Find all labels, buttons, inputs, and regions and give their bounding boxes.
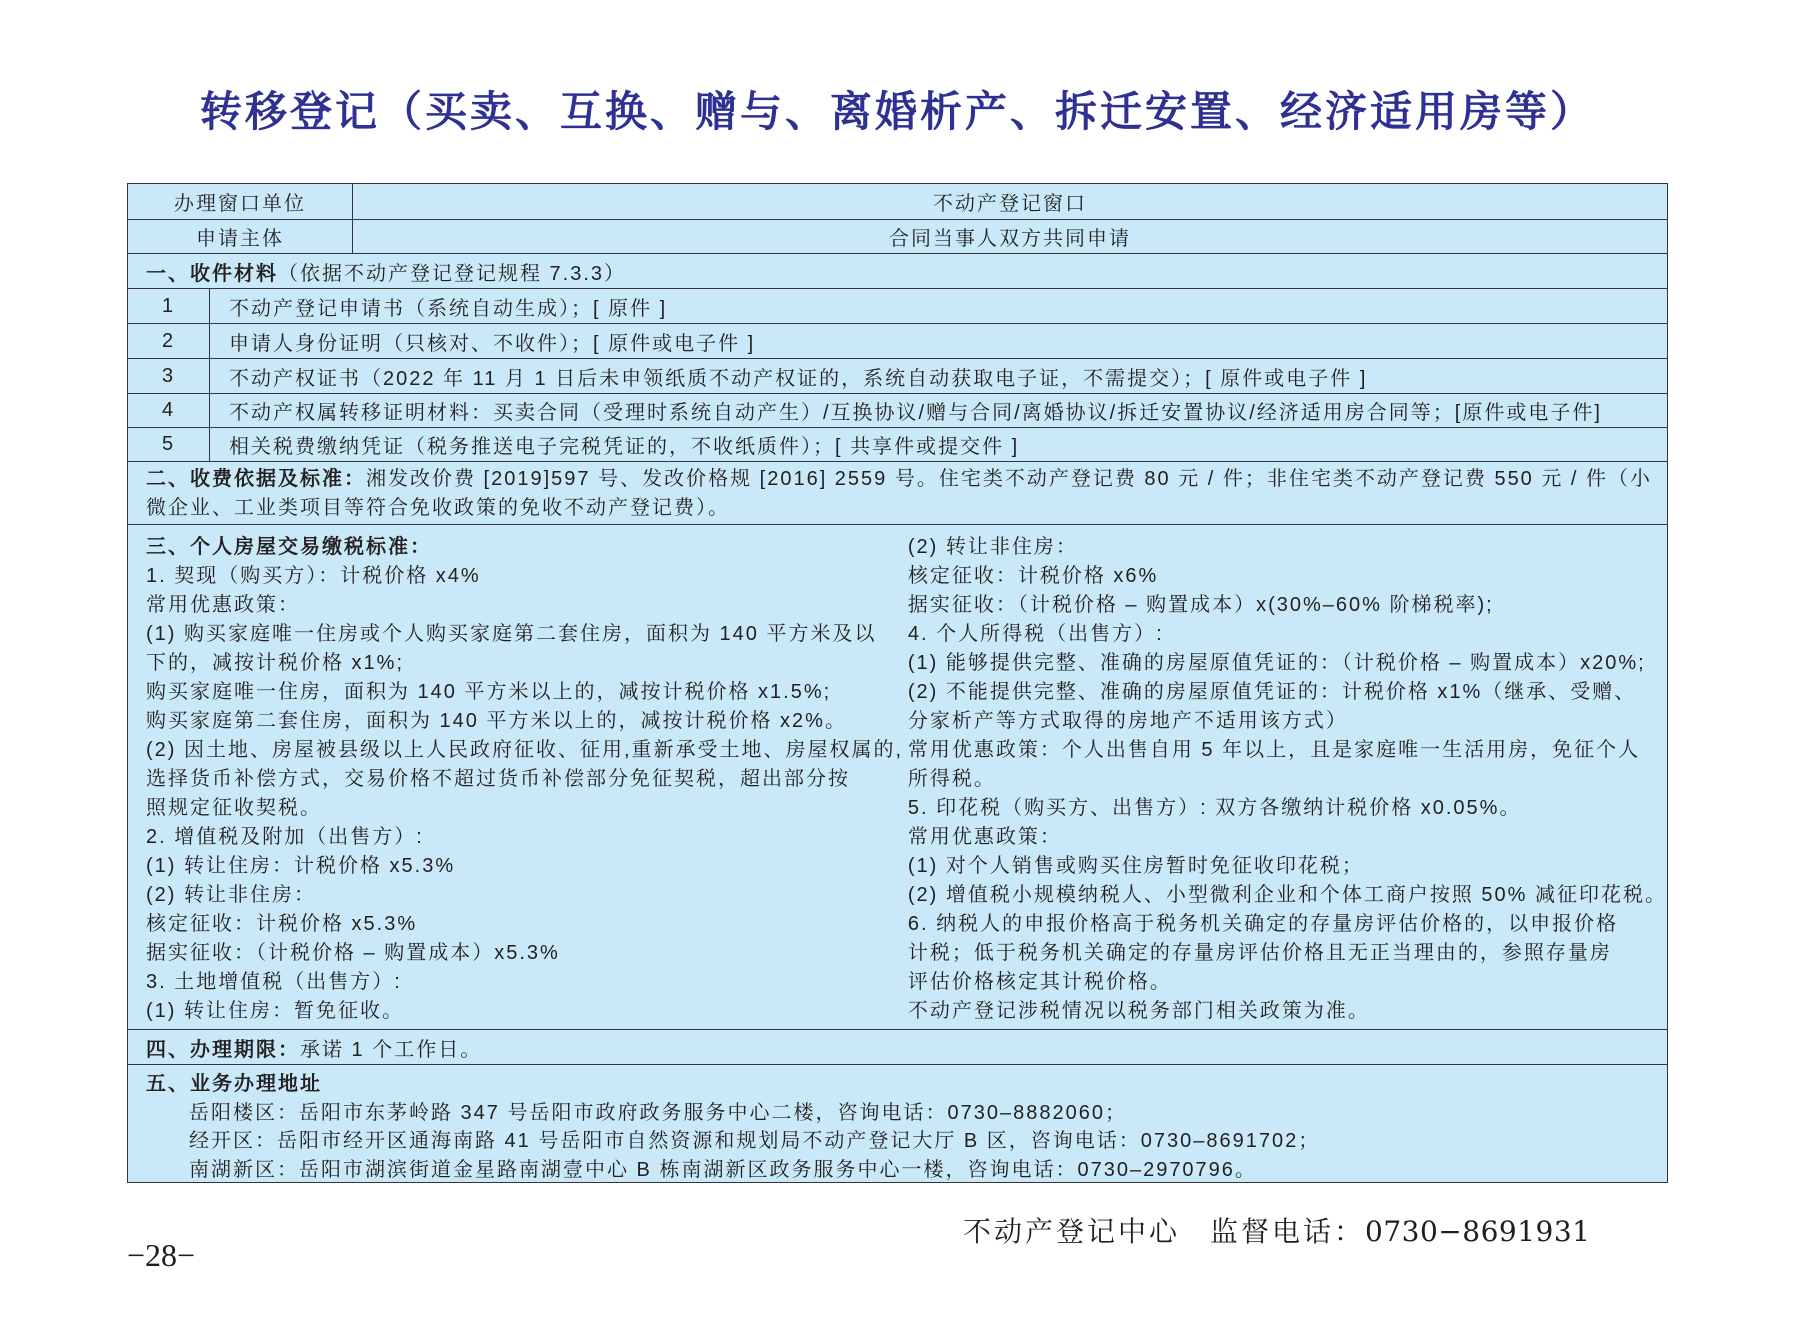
tax-line: 评估价格核定其计税价格。: [908, 968, 1667, 997]
footer-org: 不动产登记中心: [963, 1215, 1180, 1248]
tax-line: 选择货币补偿方式，交易价格不超过货币补偿部分免征契税，超出部分按: [146, 765, 908, 794]
hotline-number: 0730−8691931: [1365, 1215, 1590, 1248]
section-note: （依据不动产登记登记规程 7.3.3）: [278, 257, 626, 286]
tax-line: (2) 增值税小规模纳税人、小型微利企业和个体工商户按照 50% 减征印花税。: [908, 881, 1667, 910]
material-item: 4 不动产权属转移证明材料：买卖合同（受理时系统自动产生）/互换协议/赠与合同/…: [128, 393, 1667, 427]
item-text: 不动产权证书（2022 年 11 月 1 日后未申领纸质不动产权证的，系统自动获…: [210, 359, 1667, 393]
tax-line: 据实征收：（计税价格 – 购置成本）x5.3%: [146, 939, 908, 968]
tax-line: 购买家庭第二套住房，面积为 140 平方米以上的，减按计税价格 x2%。: [146, 707, 908, 736]
info-label: 办理窗口单位: [128, 184, 353, 219]
page-title: 转移登记（买卖、互换、赠与、离婚析产、拆迁安置、经济适用房等）: [0, 88, 1795, 136]
fee-basis-paragraph: 二、收费依据及标准：湘发改价费 [2019]597 号、发改价格规 [2016]…: [128, 462, 1667, 524]
section-heading: 三、个人房屋交易缴税标准：: [146, 533, 908, 562]
section-fee-basis: 二、收费依据及标准：湘发改价费 [2019]597 号、发改价格规 [2016]…: [128, 461, 1667, 524]
item-text: 不动产权属转移证明材料：买卖合同（受理时系统自动产生）/互换协议/赠与合同/离婚…: [210, 394, 1667, 427]
tax-column-left: 三、个人房屋交易缴税标准： 1. 契现（购买方）：计税价格 x4% 常用优惠政策…: [128, 533, 908, 1029]
item-text: 相关税费缴纳凭证（税务推送电子完税凭证的，不收纸质件）；[ 共享件或提交件 ]: [210, 428, 1667, 461]
tax-line: (2) 转让非住房：: [908, 533, 1667, 562]
procedure-table: 办理窗口单位 不动产登记窗口 申请主体 合同当事人双方共同申请 一、收件材料（依…: [127, 183, 1668, 1183]
material-item: 3 不动产权证书（2022 年 11 月 1 日后未申领纸质不动产权证的，系统自…: [128, 358, 1667, 393]
info-row-applicant: 申请主体 合同当事人双方共同申请: [128, 219, 1667, 253]
fee-basis-text: 湘发改价费 [2019]597 号、发改价格规 [2016] 2559 号。住宅…: [146, 468, 1652, 519]
tax-line: 下的，减按计税价格 x1%;: [146, 649, 908, 678]
tax-line: (2) 不能提供完整、准确的房屋原值凭证的：计税价格 x1%（继承、受赠、: [908, 678, 1667, 707]
tax-line: 常用优惠政策：个人出售自用 5 年以上，且是家庭唯一生活用房，免征个人: [908, 736, 1667, 765]
tax-line: (2) 转让非住房：: [146, 881, 908, 910]
tax-line: (1) 对个人销售或购买住房暂时免征收印花税；: [908, 852, 1667, 881]
item-number: 1: [128, 289, 210, 323]
tax-line: 所得税。: [908, 765, 1667, 794]
tax-line: 不动产登记涉税情况以税务部门相关政策为准。: [908, 997, 1667, 1026]
info-value: 不动产登记窗口: [353, 184, 1667, 219]
tax-line: (1) 转让住房：计税价格 x5.3%: [146, 852, 908, 881]
material-item: 5 相关税费缴纳凭证（税务推送电子完税凭证的，不收纸质件）；[ 共享件或提交件 …: [128, 427, 1667, 461]
section-heading-row: 一、收件材料（依据不动产登记登记规程 7.3.3）: [128, 254, 626, 288]
tax-line: (1) 转让住房：暂免征收。: [146, 997, 908, 1026]
item-number: 3: [128, 359, 210, 393]
tax-line: 照规定征收契税。: [146, 794, 908, 823]
material-item: 1 不动产登记申请书（系统自动生成）；[ 原件 ]: [128, 288, 1667, 323]
address-line: 经开区：岳阳市经开区通海南路 41 号岳阳市自然资源和规划局不动产登记大厅 B …: [128, 1127, 1667, 1156]
section-heading: 五、业务办理地址: [128, 1070, 1667, 1099]
tax-line: 计税；低于税务机关确定的存量房评估价格且无正当理由的，参照存量房: [908, 939, 1667, 968]
tax-line: 1. 契现（购买方）：计税价格 x4%: [146, 562, 908, 591]
item-number: 5: [128, 428, 210, 461]
item-text: 不动产登记申请书（系统自动生成）；[ 原件 ]: [210, 289, 1667, 323]
item-number: 4: [128, 394, 210, 427]
info-row-window-unit: 办理窗口单位 不动产登记窗口: [128, 184, 1667, 219]
tax-line: 分家析产等方式取得的房地产不适用该方式）: [908, 707, 1667, 736]
material-item: 2 申请人身份证明（只核对、不收件）；[ 原件或电子件 ]: [128, 323, 1667, 358]
section-heading: 二、收费依据及标准：: [146, 468, 366, 490]
tax-line: 核定征收：计税价格 x6%: [908, 562, 1667, 591]
tax-line: 常用优惠政策：: [908, 823, 1667, 852]
tax-line: 5. 印花税（购买方、出售方）: 双方各缴纳计税价格 x0.05%。: [908, 794, 1667, 823]
section-office-addresses: 五、业务办理地址 岳阳楼区：岳阳市东茅岭路 347 号岳阳市政府政务服务中心二楼…: [128, 1064, 1667, 1182]
item-number: 2: [128, 324, 210, 358]
processing-time-line: 四、办理期限：承诺 1 个工作日。: [128, 1030, 482, 1064]
tax-line: 核定征收：计税价格 x5.3%: [146, 910, 908, 939]
info-value: 合同当事人双方共同申请: [353, 220, 1667, 253]
tax-line: 购买家庭唯一住房，面积为 140 平方米以上的，减按计税价格 x1.5%;: [146, 678, 908, 707]
section-heading: 四、办理期限：: [146, 1033, 300, 1062]
address-line: 岳阳楼区：岳阳市东茅岭路 347 号岳阳市政府政务服务中心二楼，咨询电话：073…: [128, 1099, 1667, 1128]
tax-line: 据实征收：（计税价格 – 购置成本）x(30%–60% 阶梯税率);: [908, 591, 1667, 620]
tax-line: (2) 因土地、房屋被县级以上人民政府征收、征用,重新承受土地、房屋权属的,: [146, 736, 908, 765]
tax-column-right: (2) 转让非住房： 核定征收：计税价格 x6% 据实征收：（计税价格 – 购置…: [908, 533, 1667, 1029]
address-line: 南湖新区：岳阳市湖滨街道金星路南湖壹中心 B 栋南湖新区政务服务中心一楼，咨询电…: [128, 1156, 1667, 1185]
footer-hotline: 不动产登记中心监督电话：0730−8691931: [963, 1214, 1590, 1250]
page-number: −28−: [127, 1237, 195, 1273]
section-heading: 一、收件材料: [146, 257, 278, 286]
section-tax-standards: 三、个人房屋交易缴税标准： 1. 契现（购买方）：计税价格 x4% 常用优惠政策…: [128, 524, 1667, 1029]
tax-line: 常用优惠政策：: [146, 591, 908, 620]
section-materials-header: 一、收件材料（依据不动产登记登记规程 7.3.3）: [128, 253, 1667, 288]
info-label: 申请主体: [128, 220, 353, 253]
tax-line: 3. 土地增值税（出售方）:: [146, 968, 908, 997]
tax-line: 4. 个人所得税（出售方）:: [908, 620, 1667, 649]
section-processing-time: 四、办理期限：承诺 1 个工作日。: [128, 1029, 1667, 1064]
item-text: 申请人身份证明（只核对、不收件）；[ 原件或电子件 ]: [210, 324, 1667, 358]
tax-line: 2. 增值税及附加（出售方）:: [146, 823, 908, 852]
tax-line: 6. 纳税人的申报价格高于税务机关确定的存量房评估价格的，以申报价格: [908, 910, 1667, 939]
processing-time-text: 承诺 1 个工作日。: [300, 1033, 482, 1062]
tax-line: (1) 能够提供完整、准确的房屋原值凭证的：（计税价格 – 购置成本）x20%;: [908, 649, 1667, 678]
hotline-label: 监督电话：: [1210, 1215, 1365, 1248]
tax-line: (1) 购买家庭唯一住房或个人购买家庭第二套住房，面积为 140 平方米及以: [146, 620, 908, 649]
